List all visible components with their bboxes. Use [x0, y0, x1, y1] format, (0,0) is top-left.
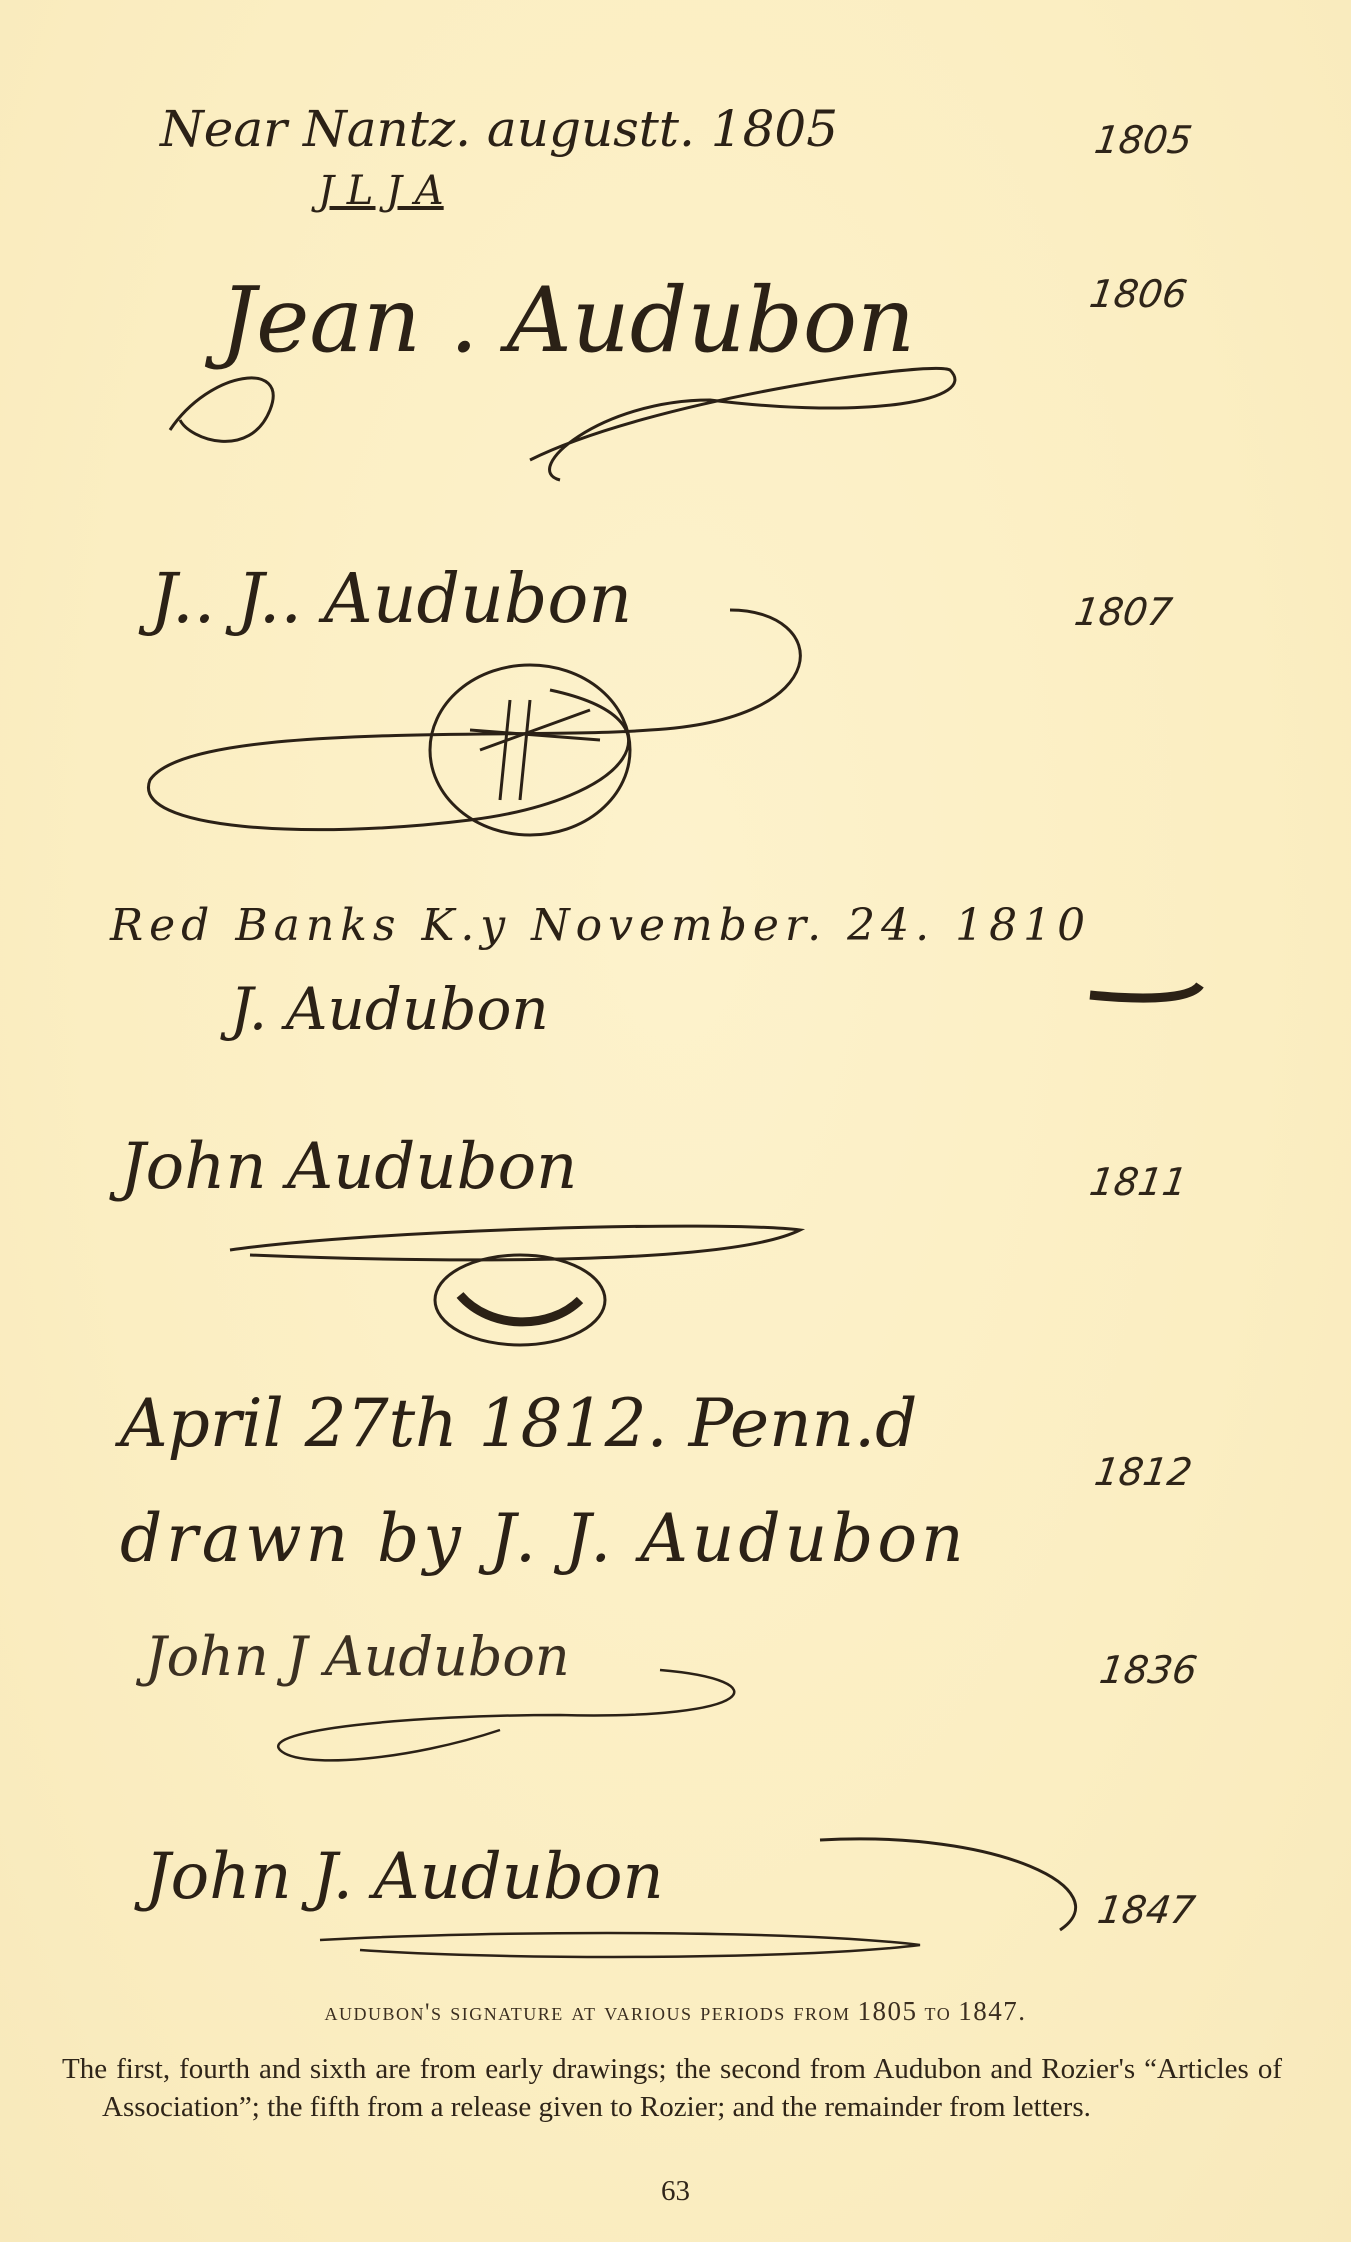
- signature-1810-line1: Red Banks K.y November. 24. 1810: [110, 900, 1091, 951]
- signature-1810-name: J. Audubon: [230, 975, 549, 1043]
- flourish-1836: [260, 1660, 780, 1780]
- caption-end-year: 1847.: [958, 1996, 1026, 2026]
- flourish-1847: [300, 1830, 1100, 1970]
- signature-1812-line1: April 27th 1812. Penn.d: [120, 1385, 917, 1462]
- year-label-1807: 1807: [1072, 590, 1175, 634]
- flourish-1810: [1080, 960, 1220, 1020]
- year-label-1806: 1806: [1087, 272, 1190, 316]
- figure-caption: Audubon's signature at various periods f…: [0, 1996, 1351, 2027]
- caption-note: The first, fourth and sixth are from ear…: [62, 2050, 1282, 2126]
- signature-1805-initials: J L J A: [318, 168, 444, 214]
- flourish-1806: [150, 340, 980, 490]
- caption-prefix: Audubon's signature at various periods f…: [325, 1999, 851, 2026]
- page-number: 63: [0, 2175, 1351, 2208]
- year-label-1847: 1847: [1095, 1888, 1198, 1932]
- flourish-1807: [130, 600, 850, 880]
- signature-1812-line2: drawn by J. J. Audubon: [120, 1500, 968, 1577]
- book-page: Near Nantz. augustt. 1805 J L J A 1805 J…: [0, 0, 1351, 2242]
- signature-1811: John Audubon: [120, 1130, 577, 1204]
- caption-start-year: 1805: [858, 1996, 918, 2026]
- caption-mid: to: [925, 1999, 952, 2026]
- year-label-1811: 1811: [1087, 1160, 1190, 1204]
- year-label-1812: 1812: [1092, 1450, 1195, 1494]
- year-label-1836: 1836: [1097, 1648, 1200, 1692]
- flourish-1811: [220, 1200, 820, 1360]
- year-label-1805: 1805: [1092, 118, 1195, 162]
- signature-1805-line1: Near Nantz. augustt. 1805: [160, 100, 838, 158]
